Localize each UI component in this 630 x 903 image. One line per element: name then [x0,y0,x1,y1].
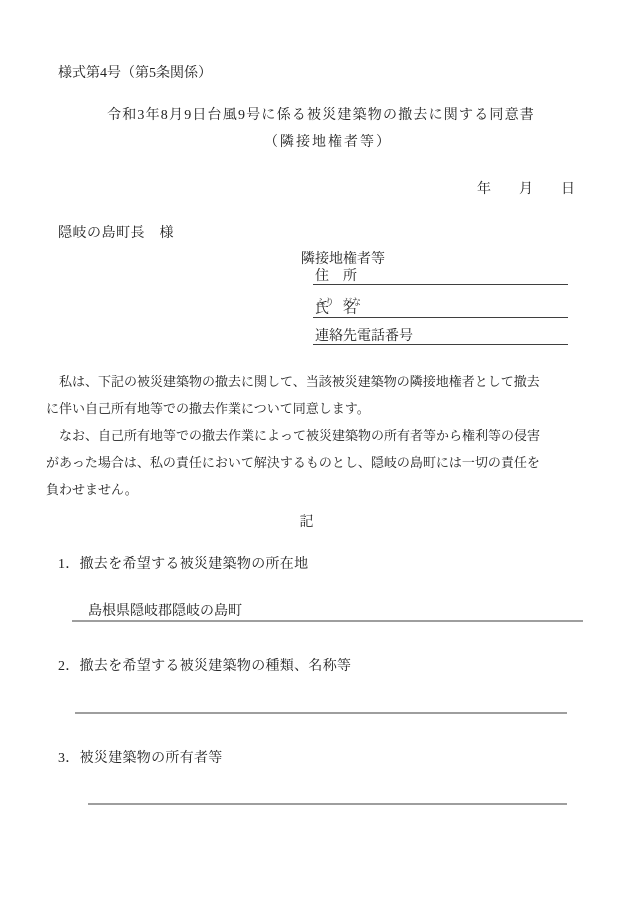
item-3-answer-line [88,786,567,805]
item-2-answer-line [75,695,567,714]
document-page: 様式第4号（第5条関係） 令和3年8月9日台風9号に係る被災建築物の撤去に関する… [0,0,630,903]
consent-paragraph-1: 私は、下記の被災建築物の撤去に関して、当該被災建築物の隣接地権者として撤去に伴い… [46,368,546,422]
date-line: 年 月 日 [477,178,575,198]
name-field-line: 氏 名 [313,301,568,318]
consent-statement: 私は、下記の被災建築物の撤去に関して、当該被災建築物の隣接地権者として撤去に伴い… [46,368,546,503]
name-label: 氏 名 [315,302,357,317]
list-heading: 記 [46,511,567,531]
address-label: 住 所 [315,269,357,284]
item-1-label: 1．撤去を希望する被災建築物の所在地 [58,553,308,573]
phone-label: 連絡先電話番号 [315,329,413,344]
applicant-section-label: 隣接地権者等 [301,248,385,268]
addressee: 隠岐の島町長 様 [58,222,174,242]
item-1-value: 島根県隠岐郡隠岐の島町 [88,604,242,619]
form-number: 様式第4号（第5条関係） [58,62,212,82]
item-1-answer-line: 島根県隠岐郡隠岐の島町 [72,603,583,622]
document-title: 令和3年8月9日台風9号に係る被災建築物の撤去に関する同意書 [107,104,535,124]
document-subtitle: （隣接地権者等） [264,131,392,151]
address-field-line: 住 所 [313,268,568,285]
consent-paragraph-2: なお、自己所有地等での撤去作業によって被災建築物の所有者等から権利等の侵害があっ… [46,422,546,503]
item-3-label: 3．被災建築物の所有者等 [58,747,223,767]
item-2-label: 2．撤去を希望する被災建築物の種類、名称等 [58,655,351,675]
phone-field-line: 連絡先電話番号 [313,328,568,345]
